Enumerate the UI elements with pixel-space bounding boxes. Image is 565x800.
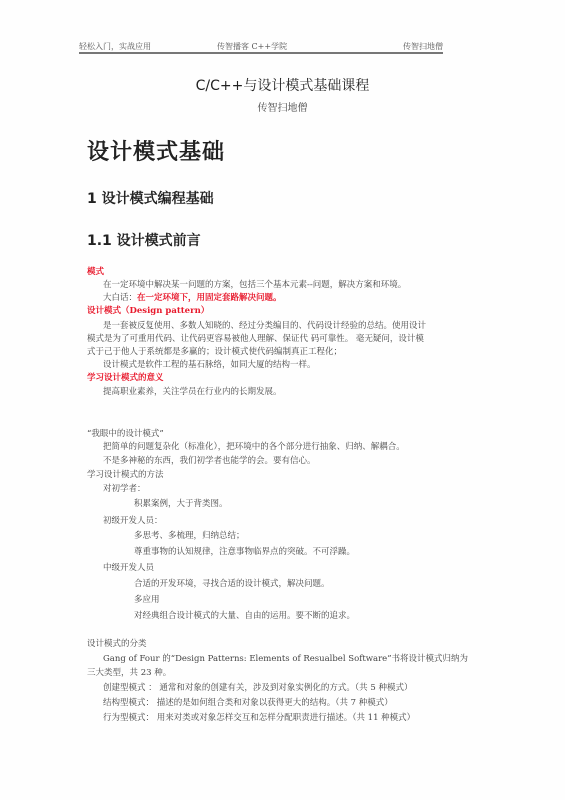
section-heading-eye: “我眼中的设计模式” (87, 428, 164, 440)
heading-2: 1 设计模式编程基础 (87, 188, 214, 208)
document-title: C/C++与设计模式基础课程 (0, 75, 565, 95)
paragraph: 是一套被反复使用、多数人知晓的、经过分类编目的、代码设计经验的总结。使用设计 (103, 320, 426, 332)
section-heading-mode: 模式 (87, 266, 104, 278)
paragraph: 合适的开发环境，寻找合适的设计模式，解决问题。 (134, 578, 330, 590)
paragraph: 大白话：在一定环境下，用固定套路解决问题。 (103, 292, 282, 304)
paragraph: 式于己于他人于系统都是多赢的；设计模式使代码编制真正工程化； (87, 346, 342, 358)
paragraph: 积累案例，大于背类图。 (134, 498, 228, 510)
paragraph: 多应用 (134, 594, 160, 606)
list-item: 创建型模式 ： 通常和对象的创建有关，涉及到对象实例化的方式。（共 5 种模式） (103, 682, 412, 694)
paragraph: 在一定环境中解决某一问题的方案，包括三个基本元素--问题，解决方案和环境。 (103, 279, 406, 291)
header-right: 传智扫地僧 (403, 41, 443, 52)
section-heading-design-pattern: 设计模式（Design pattern） (87, 305, 209, 317)
list-item: 结构型模式： 描述的是如何组合类和对象以获得更大的结构。（共 7 种模式） (103, 697, 393, 709)
label-mid: 中级开发人员 (103, 562, 154, 574)
section-heading-classification: 设计模式的分类 (87, 638, 147, 650)
paragraph: 模式是为了可重用代码、让代码更容易被他人理解、保证代 码可靠性。 毫无疑问，设计… (87, 333, 424, 345)
document-page: 轻松入门，实战应用 传智播客 C++学院 传智扫地僧 C/C++与设计模式基础课… (0, 0, 565, 800)
document-subtitle: 传智扫地僧 (0, 99, 565, 114)
plain-text: 大白话： (103, 293, 137, 303)
paragraph: 提高职业素养，关注学员在行业内的长期发展。 (103, 386, 282, 398)
header-center: 传智播客 C++学院 (217, 41, 287, 52)
list-item: 行为型模式： 用来对类或对象怎样交互和怎样分配职责进行描述。（共 11 种模式） (103, 712, 415, 724)
label-junior: 初级开发人员： (103, 515, 163, 527)
highlight-text: 在一定环境下，用固定套路解决问题。 (137, 293, 282, 303)
paragraph: Gang of Four 的“Design Patterns: Elements… (103, 653, 468, 665)
section-heading-method: 学习设计模式的方法 (87, 469, 164, 481)
paragraph: 多思考、多梳理，归纳总结； (134, 530, 245, 542)
label-beginner: 对初学者： (103, 483, 146, 495)
header-divider (79, 52, 443, 54)
paragraph: 不是多神秘的东西，我们初学者也能学的会。要有信心。 (103, 455, 316, 467)
paragraph: 设计模式是软件工程的基石脉络，如同大厦的结构一样。 (103, 359, 316, 371)
header-left: 轻松入门，实战应用 (79, 41, 151, 52)
section-heading-meaning: 学习设计模式的意义 (87, 372, 164, 384)
paragraph: 对经典组合设计模式的大量、自由的运用。要不断的追求。 (134, 610, 355, 622)
heading-1: 设计模式基础 (87, 135, 225, 166)
heading-3: 1.1 设计模式前言 (87, 230, 201, 250)
paragraph: 尊重事物的认知规律，注意事物临界点的突破。不可浮躁。 (134, 546, 355, 558)
paragraph: 把简单的问题复杂化（标准化），把环境中的各个部分进行抽象、归纳、解耦合。 (103, 441, 405, 453)
paragraph: 三大类型，共 23 种。 (87, 667, 171, 679)
